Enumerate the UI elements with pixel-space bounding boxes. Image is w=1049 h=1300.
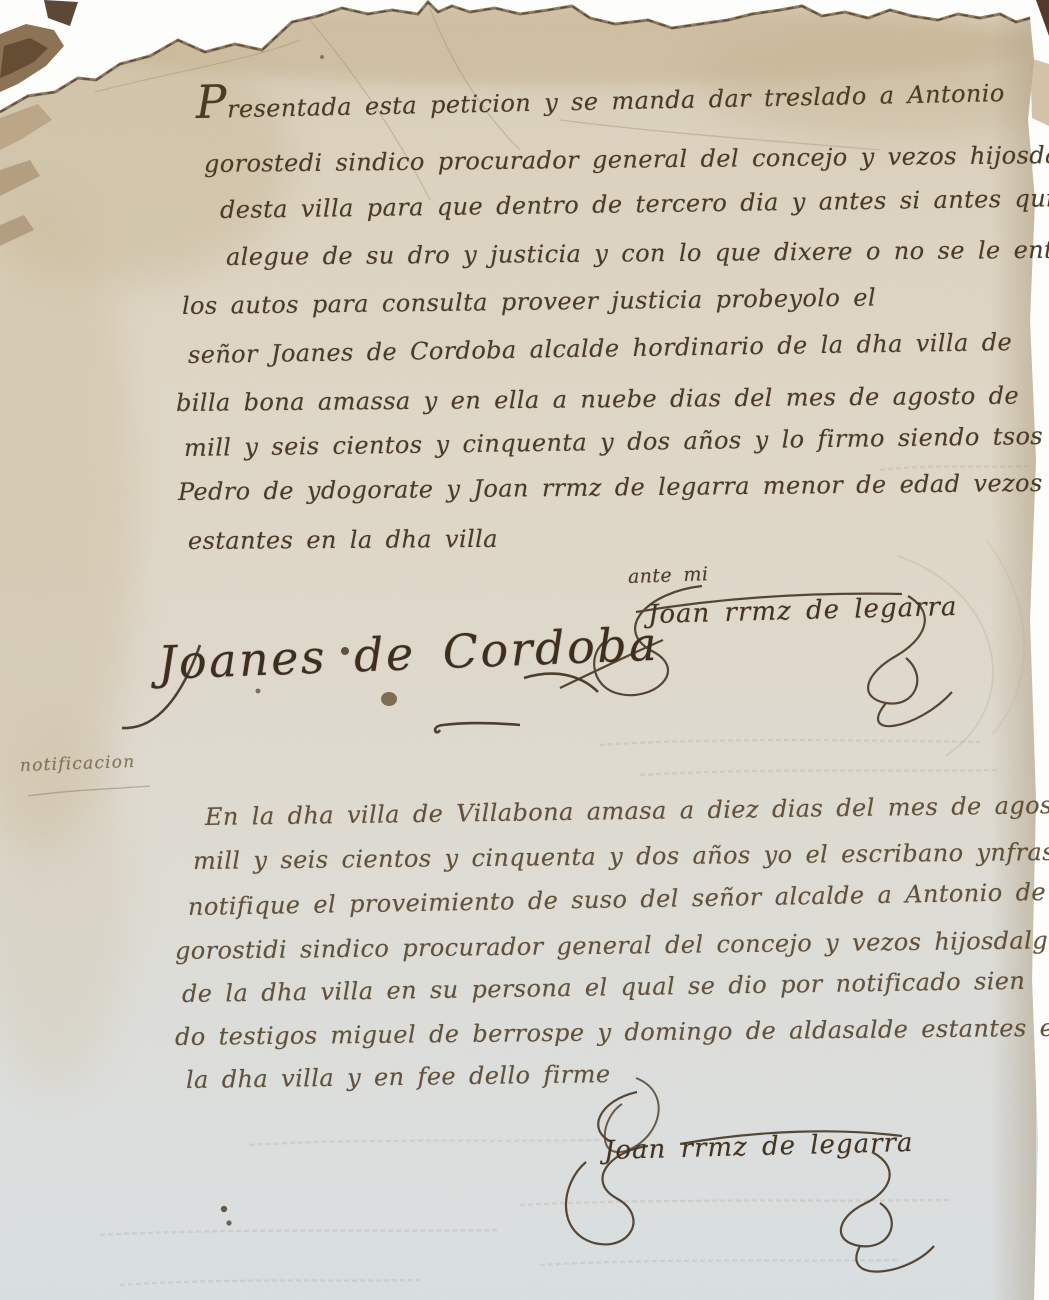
manuscript-scan: Presentada esta peticion y se manda dar … — [0, 0, 1049, 1300]
right-edge-fragment — [1030, 58, 1049, 126]
margin-note: notificacion — [20, 752, 136, 776]
decree-line-10: estantes en la dha villa — [188, 525, 498, 555]
notification-line-7: la dha villa y en fee dello firme — [186, 1060, 611, 1094]
ante-mi-label: ante mi — [628, 563, 709, 588]
top-right-fragment — [1036, 0, 1049, 36]
